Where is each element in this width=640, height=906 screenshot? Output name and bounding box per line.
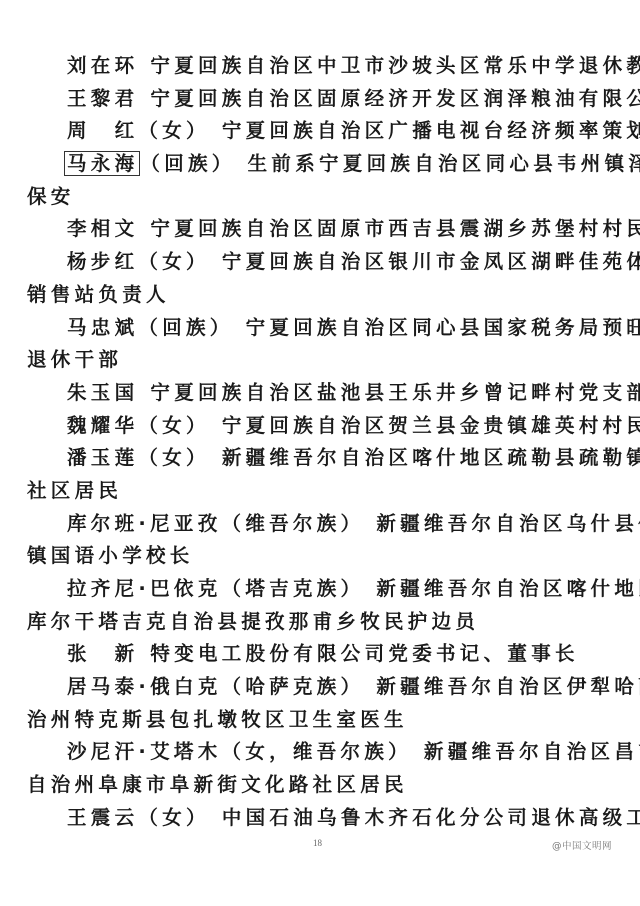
document-page: 刘在环宁夏回族自治区中卫市沙坡头区常乐中学退休教师 王黎君宁夏回族自治区固原经济… (0, 0, 640, 906)
list-item: 李相文宁夏回族自治区固原市西吉县震湖乡苏堡村村民 (27, 213, 615, 246)
list-item: 潘玉莲（女）新疆维吾尔自治区喀什地区疏勒县疏勒镇新市区 (27, 442, 615, 475)
list-item: 杨步红（女）宁夏回族自治区银川市金凤区湖畔佳苑体育彩票 (27, 246, 615, 279)
person-description: 新疆维吾尔自治区伊犁哈萨克自 (376, 675, 640, 698)
list-item: 张 新特变电工股份有限公司党委书记、董事长 (27, 638, 615, 671)
page-number: 18 (313, 838, 322, 848)
person-note: （女，维吾尔族） (222, 740, 412, 763)
person-note: （女） (138, 446, 209, 469)
list-item: 刘在环宁夏回族自治区中卫市沙坡头区常乐中学退休教师 (27, 50, 615, 83)
person-name: 朱玉国 (67, 381, 138, 404)
person-name-highlighted: 马永海 (64, 151, 140, 176)
person-name: 杨步红 (67, 250, 138, 273)
list-item: 沙尼汗·艾塔木（女，维吾尔族）新疆维吾尔自治区昌吉回族 (27, 736, 615, 769)
person-note: （女） (138, 250, 209, 273)
list-item-continuation: 自治州阜康市阜新街文化路社区居民 (27, 769, 615, 802)
person-name: 刘在环 (67, 54, 138, 77)
list-item: 周 红（女）宁夏回族自治区广播电视台经济频率策划部监制 (27, 115, 615, 148)
person-note: （女） (138, 119, 209, 142)
person-description: 宁夏回族自治区固原市西吉县震湖乡苏堡村村民 (150, 217, 640, 240)
person-name: 李相文 (67, 217, 138, 240)
person-description: 宁夏回族自治区贺兰县金贵镇雄英村村民 (222, 414, 640, 437)
list-item-continuation: 治州特克斯县包扎墩牧区卫生室医生 (27, 704, 615, 737)
person-note: （女） (138, 414, 209, 437)
person-description: 宁夏回族自治区中卫市沙坡头区常乐中学退休教师 (150, 54, 640, 77)
person-name: 王震云 (67, 806, 138, 829)
list-item: 魏耀华（女）宁夏回族自治区贺兰县金贵镇雄英村村民 (27, 410, 615, 443)
person-description: 中国石油乌鲁木齐石化分公司退休高级工程师 (222, 806, 640, 829)
person-description: 特变电工股份有限公司党委书记、董事长 (150, 642, 578, 665)
person-note: （回族） (140, 152, 235, 175)
person-note: （维吾尔族） (222, 512, 365, 535)
person-name: 王黎君 (67, 87, 138, 110)
person-description: 新疆维吾尔自治区乌什县依麻木 (376, 512, 640, 535)
list-item: 王震云（女）中国石油乌鲁木齐石化分公司退休高级工程师 (27, 802, 615, 835)
person-description: 生前系宁夏回族自治区同心县韦州镇泽忠宾馆 (248, 152, 640, 175)
list-item-continuation: 销售站负责人 (27, 279, 615, 312)
list-item: 朱玉国宁夏回族自治区盐池县王乐井乡曾记畔村党支部书记 (27, 377, 615, 410)
person-description: 新疆维吾尔自治区昌吉回族 (424, 740, 640, 763)
person-name: 居马泰·俄白克 (67, 675, 222, 698)
list-item: 马忠斌（回族）宁夏回族自治区同心县国家税务局预旺税务所 (27, 312, 615, 345)
person-note: （哈萨克族） (222, 675, 365, 698)
list-item-continuation: 退休干部 (27, 344, 615, 377)
person-name: 周 红 (67, 119, 138, 142)
person-description: 宁夏回族自治区广播电视台经济频率策划部监制 (222, 119, 640, 142)
list-item: 王黎君宁夏回族自治区固原经济开发区润泽粮油有限公司经理 (27, 83, 615, 116)
person-name: 拉齐尼·巴依克 (67, 577, 222, 600)
person-name: 张 新 (67, 642, 138, 665)
person-description: 宁夏回族自治区银川市金凤区湖畔佳苑体育彩票 (222, 250, 640, 273)
list-item: 库尔班·尼亚孜（维吾尔族）新疆维吾尔自治区乌什县依麻木 (27, 508, 615, 541)
person-description: 新疆维吾尔自治区喀什地区塔什 (376, 577, 640, 600)
person-name: 沙尼汗·艾塔木 (67, 740, 222, 763)
person-name: 库尔班·尼亚孜 (67, 512, 222, 535)
list-item-continuation: 库尔干塔吉克自治县提孜那甫乡牧民护边员 (27, 606, 615, 639)
list-item-continuation: 社区居民 (27, 475, 615, 508)
person-note: （塔吉克族） (222, 577, 365, 600)
person-name: 魏耀华 (67, 414, 138, 437)
list-item-continuation: 镇国语小学校长 (27, 540, 615, 573)
person-name: 潘玉莲 (67, 446, 138, 469)
list-item: 居马泰·俄白克（哈萨克族）新疆维吾尔自治区伊犁哈萨克自 (27, 671, 615, 704)
person-description: 宁夏回族自治区盐池县王乐井乡曾记畔村党支部书记 (150, 381, 640, 404)
person-note: （女） (138, 806, 209, 829)
source-watermark: @中国文明网 (552, 838, 612, 852)
person-note: （回族） (138, 316, 233, 339)
person-name: 马忠斌 (67, 316, 138, 339)
list-item: 拉齐尼·巴依克（塔吉克族）新疆维吾尔自治区喀什地区塔什 (27, 573, 615, 606)
person-description: 新疆维吾尔自治区喀什地区疏勒县疏勒镇新市区 (222, 446, 640, 469)
person-description: 宁夏回族自治区同心县国家税务局预旺税务所 (246, 316, 640, 339)
honoree-list: 刘在环宁夏回族自治区中卫市沙坡头区常乐中学退休教师 王黎君宁夏回族自治区固原经济… (27, 50, 615, 835)
list-item-continuation: 保安 (27, 181, 615, 214)
list-item: 马永海（回族）生前系宁夏回族自治区同心县韦州镇泽忠宾馆 (27, 148, 615, 181)
person-description: 宁夏回族自治区固原经济开发区润泽粮油有限公司经理 (150, 87, 640, 110)
